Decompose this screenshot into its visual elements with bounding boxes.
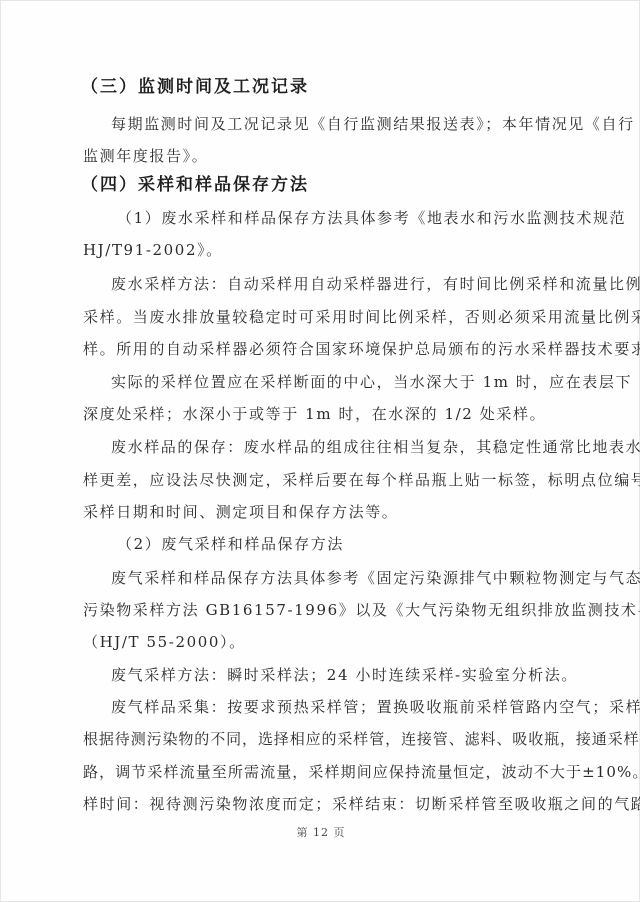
paragraph-line: 废气采样和样品保存方法具体参考《固定污染源排气中颗粒物测定与气态 [111,568,640,588]
paragraph-line: 废水样品的保存：废水样品的组成往往相当复杂，其稳定性通常比地表水 [111,437,640,457]
paragraph-line: 废气采样方法：瞬时采样法；24 小时连续采样-实验室分析法。 [111,665,578,685]
paragraph-line: 废水采样方法：自动采样用自动采样器进行，有时间比例采样和流量比例 [111,274,640,294]
paragraph-line: 采样。当废水排放量较稳定时可采用时间比例采样，否则必须采用流量比例采 [83,307,640,327]
paragraph-line: 样。所用的自动采样器必须符合国家环境保护总局颁布的污水采样器技术要求。 [83,339,640,359]
subsection-heading-2: （2）废气采样和样品保存方法 [117,534,344,554]
section-heading-3: （三）监测时间及工况记录 [81,77,309,97]
paragraph-line: 每期监测时间及工况记录见《自行监测结果报送表》；本年情况见《自行 [111,114,635,134]
paragraph-line: 污染物采样方法 GB16157-1996》以及《大气污染物无组织排放监测技术导则… [83,600,640,620]
paragraph-line: 样更差，应设法尽快测定，采样后要在每个样品瓶上贴一标签，标明点位编号、 [83,470,640,490]
paragraph-line: 深度处采样；水深小于或等于 1m 时，在水深的 1/2 处采样。 [83,404,546,424]
paragraph-line: 路，调节采样流量至所需流量，采样期间应保持流量恒定，波动不大于±10%。采 [83,762,640,782]
page-number: 第 12 页 [1,824,640,840]
paragraph-line: 根据待测污染物的不同，选择相应的采样管，连接管、滤料、吸收瓶，接通采样管 [83,729,640,749]
document-page: （三）监测时间及工况记录 每期监测时间及工况记录见《自行监测结果报送表》；本年情… [0,0,640,902]
paragraph-line: 样时间：视待测污染物浓度而定；采样结束：切断采样管至吸收瓶之间的气路， [83,794,640,814]
paragraph-line: 废气样品采集：按要求预热采样管；置换吸收瓶前采样管路内空气；采样 [111,697,640,717]
paragraph-line: （HJ/T 55-2000）。 [83,632,246,652]
paragraph-line: 实际的采样位置应在采样断面的中心，当水深大于 1m 时，应在表层下 1/4 [111,372,640,392]
paragraph-line: HJ/T91-2002》。 [83,240,223,260]
paragraph-line: 采样日期和时间、测定项目和保存方法等。 [83,502,398,522]
subsection-heading-1: （1）废水采样和样品保存方法具体参考《地表水和污水监测技术规范 [117,208,626,228]
section-heading-4: （四）采样和样品保存方法 [81,175,309,195]
paragraph-line: 监测年度报告》。 [83,146,208,166]
